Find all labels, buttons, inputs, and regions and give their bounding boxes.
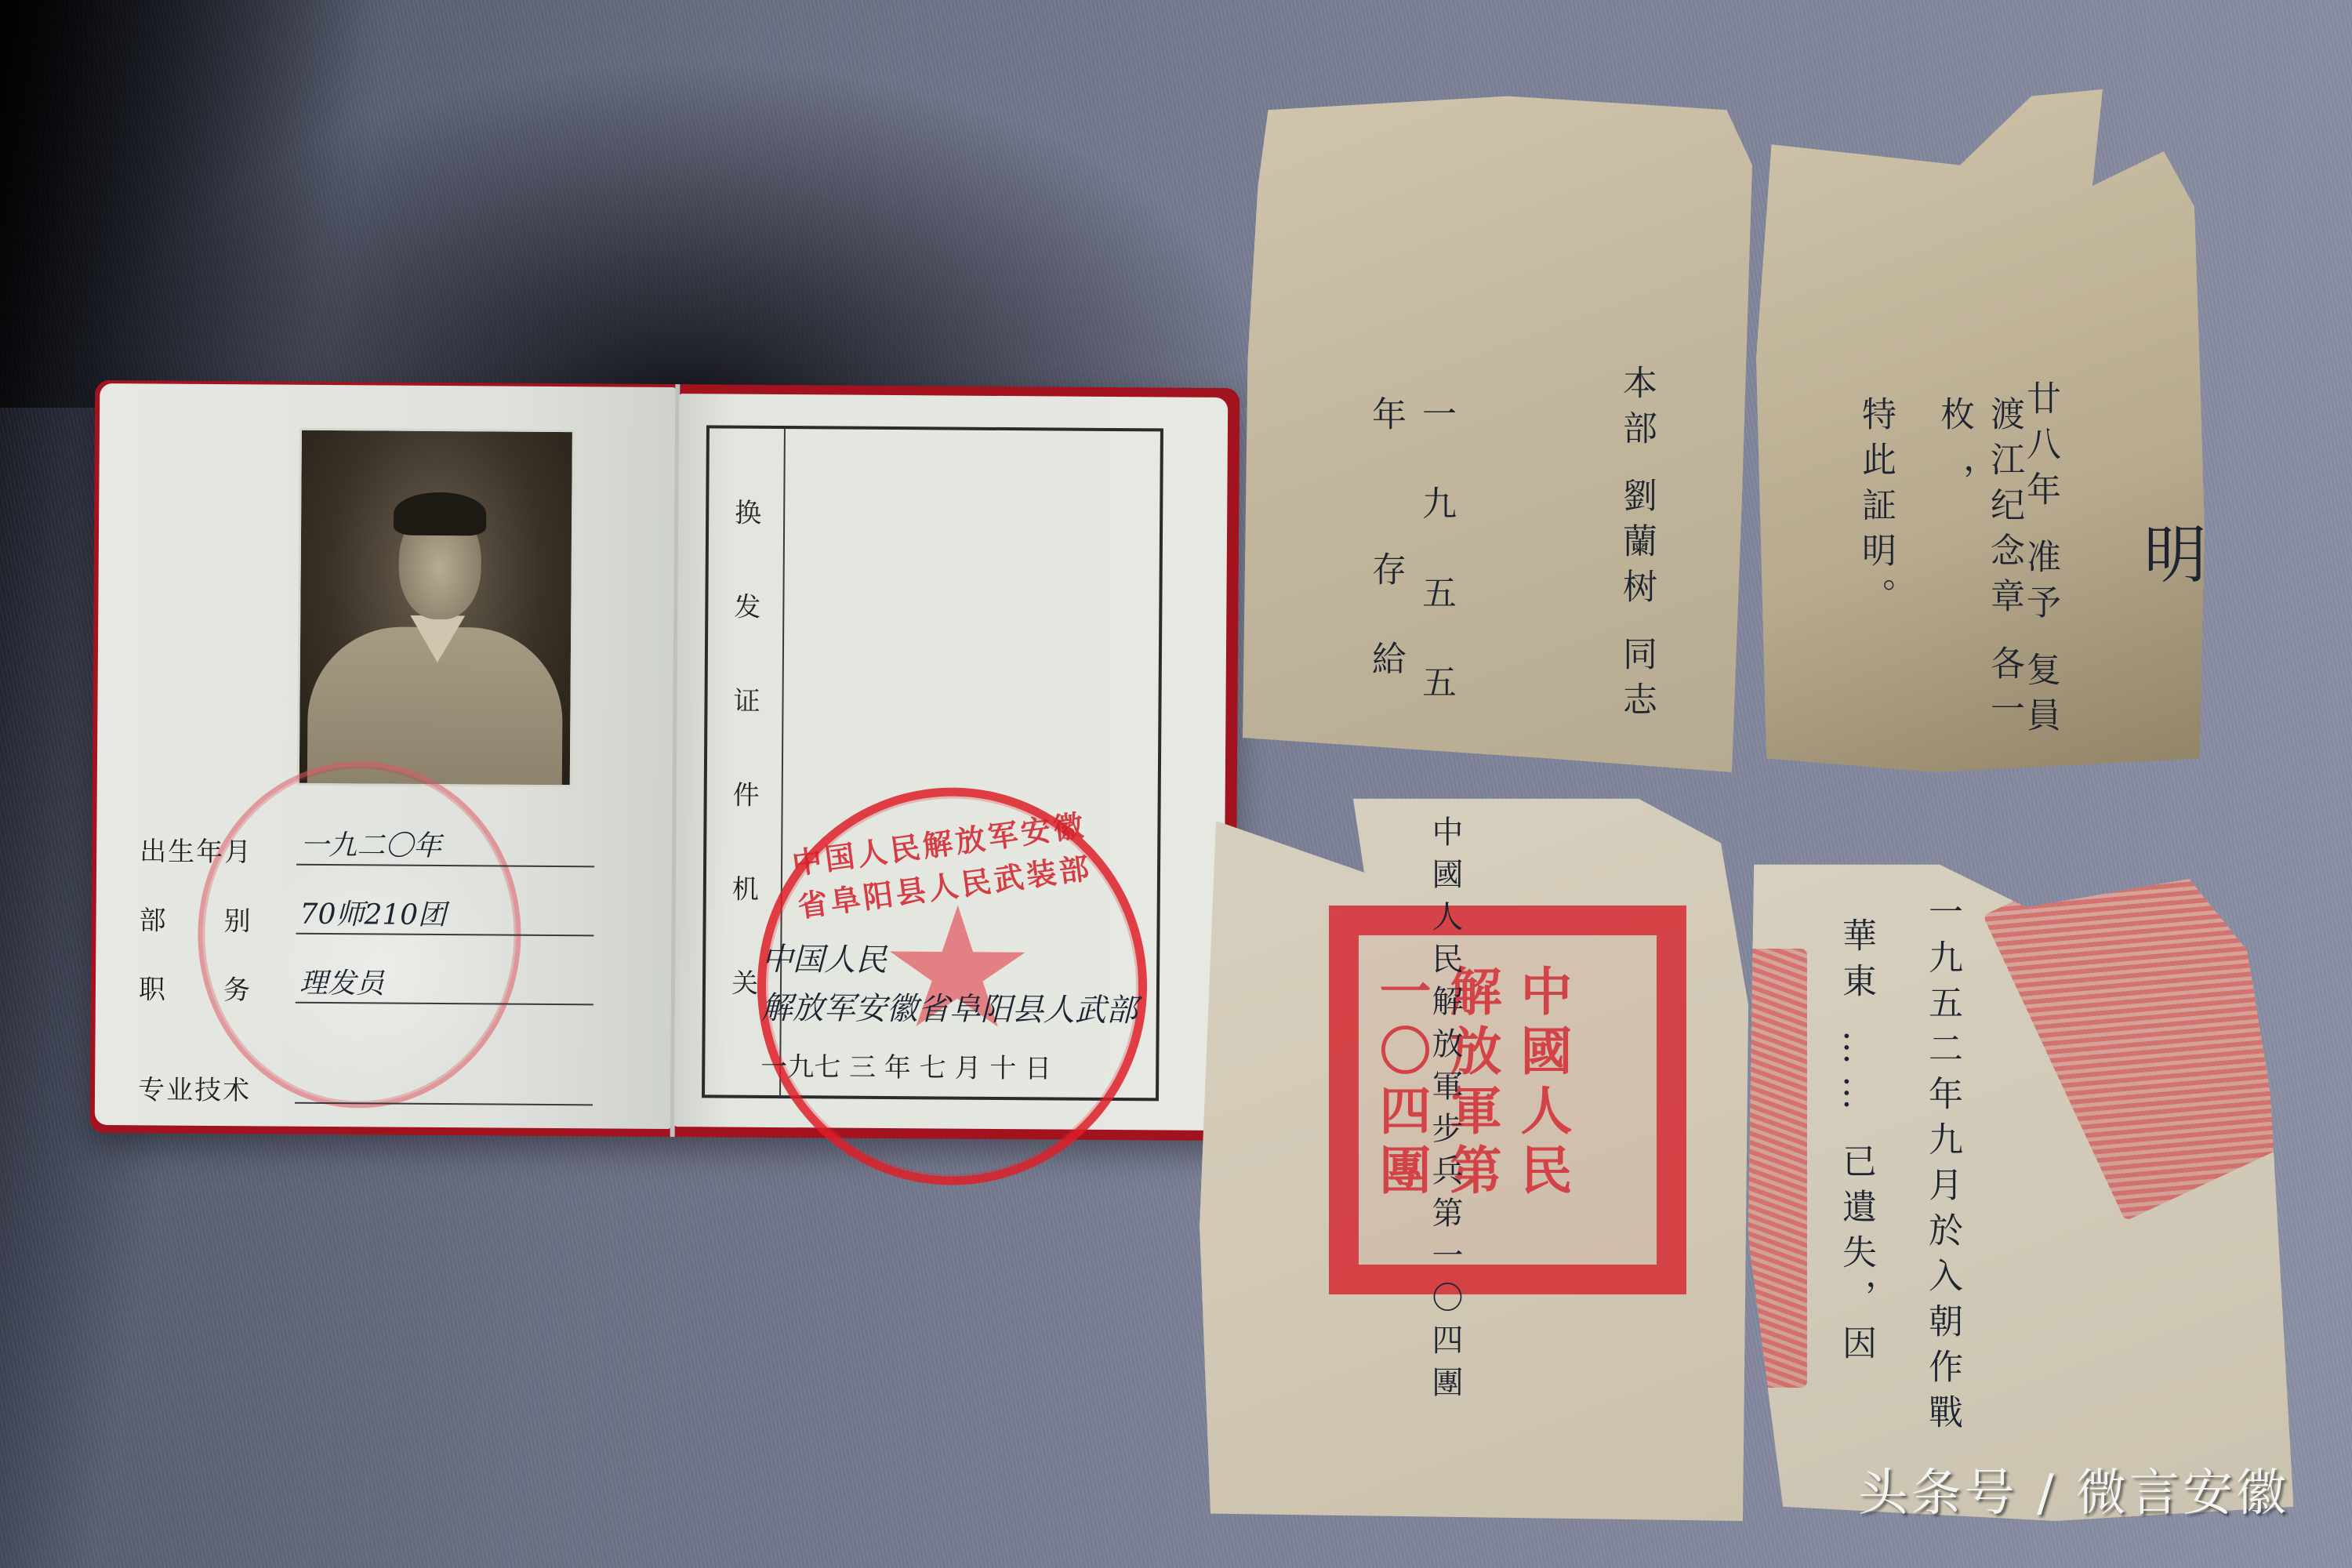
field-label: 出生年月 xyxy=(140,829,252,869)
issuer-handwriting: 中国人民 解放军安徽省阜阳县人武部 xyxy=(761,935,1170,1036)
cert-text: 本部 劉蘭树 同志 xyxy=(1611,365,1661,727)
watermark: 头条号 / 微言安徽 xyxy=(1858,1453,2289,1525)
field-skill: 专业技术 xyxy=(138,1049,593,1121)
id-form: 出生年月 一九二〇年 部 别 70师210团 职 务 理发员 专业技术 xyxy=(138,811,595,1121)
field-position: 职 务 理发员 xyxy=(139,949,594,1021)
field-label: 部 别 xyxy=(139,898,252,938)
cert-text: 一九五二年九月於入朝作戰 xyxy=(1917,894,1967,1439)
certificate-piece-bottom-left: 中國人民 解放軍第 一〇四團 中國人民解放軍步兵第一〇四團 xyxy=(1200,784,1748,1521)
vertical-label-char: 机 xyxy=(726,868,765,906)
issuer-line: 中国人民 xyxy=(761,935,1169,987)
vertical-label-char: 换 xyxy=(728,492,768,530)
underline xyxy=(295,1102,593,1106)
underline xyxy=(296,864,594,868)
field-label: 职 务 xyxy=(139,967,252,1007)
field-label: 专业技术 xyxy=(138,1068,251,1107)
field-unit: 部 别 70师210团 xyxy=(139,880,594,952)
issuer-line: 解放军安徽省阜阳县人武部 xyxy=(761,984,1169,1036)
cert-text: 華東 …… 已遺失，因 xyxy=(1831,917,1881,1370)
cert-text: 特此証明。 xyxy=(1850,396,1900,623)
seal-text: 中國人民 xyxy=(1505,964,1580,1203)
field-value: 一九二〇年 xyxy=(300,823,441,864)
field-value: 70师210团 xyxy=(299,892,446,933)
vertical-label-char: 件 xyxy=(727,774,766,812)
booklet-left-page: 出生年月 一九二〇年 部 别 70师210团 职 务 理发员 专业技术 xyxy=(95,383,677,1129)
cert-text: 中國人民解放軍步兵第一〇四團 xyxy=(1423,815,1468,1408)
cert-text: 渡江纪念章 各一枚 ， xyxy=(1929,396,2029,772)
underline xyxy=(296,1002,593,1006)
portrait-photo xyxy=(297,428,575,787)
vertical-label-char: 发 xyxy=(728,586,767,624)
cert-numerals: 一九五五年 存給 xyxy=(1360,396,1461,772)
hair xyxy=(394,492,486,536)
id-booklet: 出生年月 一九二〇年 部 别 70师210团 职 务 理发员 专业技术 xyxy=(90,380,1240,1141)
underline xyxy=(296,933,593,937)
shadow-overlay xyxy=(0,0,1254,408)
certificate-piece-top-left: 本部 劉蘭树 同志 一九五五年 存給 xyxy=(1243,82,1752,772)
issue-date: 一九七 三 年 七 月 十 日 xyxy=(760,1045,1152,1086)
vertical-label-char: 证 xyxy=(727,680,766,718)
field-value: 理发员 xyxy=(299,961,384,1002)
booklet-right-page: 换 发 证 件 机 关 中国人民解放军安徽省阜阳县人民武装部 中国人民 解放军安… xyxy=(674,394,1229,1131)
field-birth: 出生年月 一九二〇年 xyxy=(140,811,595,883)
